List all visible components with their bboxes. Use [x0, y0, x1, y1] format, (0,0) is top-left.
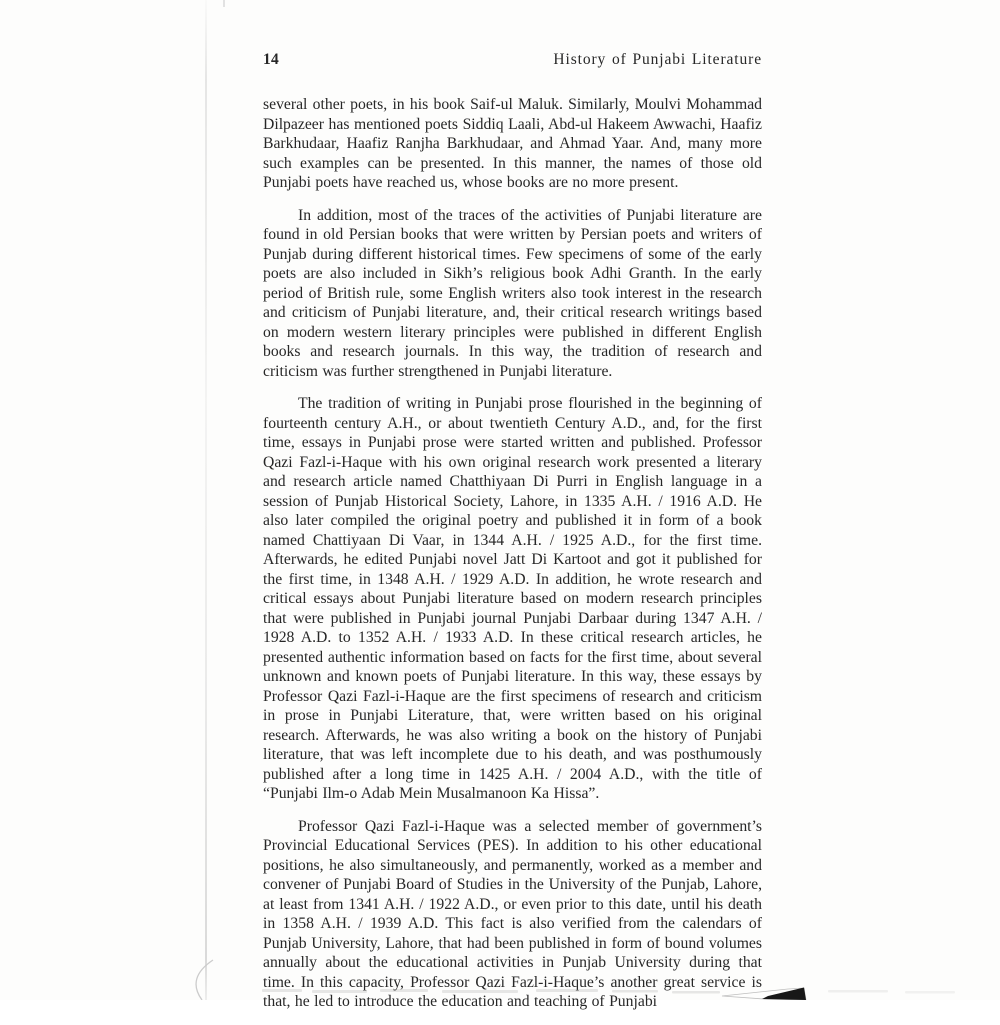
- paragraph: several other poets, in his book Saif-ul…: [263, 95, 762, 193]
- page-number: 14: [263, 50, 279, 70]
- page-left-edge-line: [205, 0, 207, 1000]
- dark-wedge-artifact: [762, 988, 806, 1001]
- paragraph: Professor Qazi Fazl-i-Haque was a select…: [263, 817, 762, 1001]
- book-page-scan: 14 History of Punjabi Literature several…: [0, 0, 1000, 1000]
- page-curl-line: [196, 960, 213, 1000]
- paragraph: In addition, most of the traces of the a…: [263, 206, 762, 382]
- paragraph: The tradition of writing in Punjabi pros…: [263, 394, 762, 804]
- scan-artifact-top-notch: [223, 0, 225, 7]
- page-content: 14 History of Punjabi Literature several…: [263, 50, 762, 1000]
- running-title: History of Punjabi Literature: [553, 50, 762, 70]
- page-header: 14 History of Punjabi Literature: [263, 50, 762, 70]
